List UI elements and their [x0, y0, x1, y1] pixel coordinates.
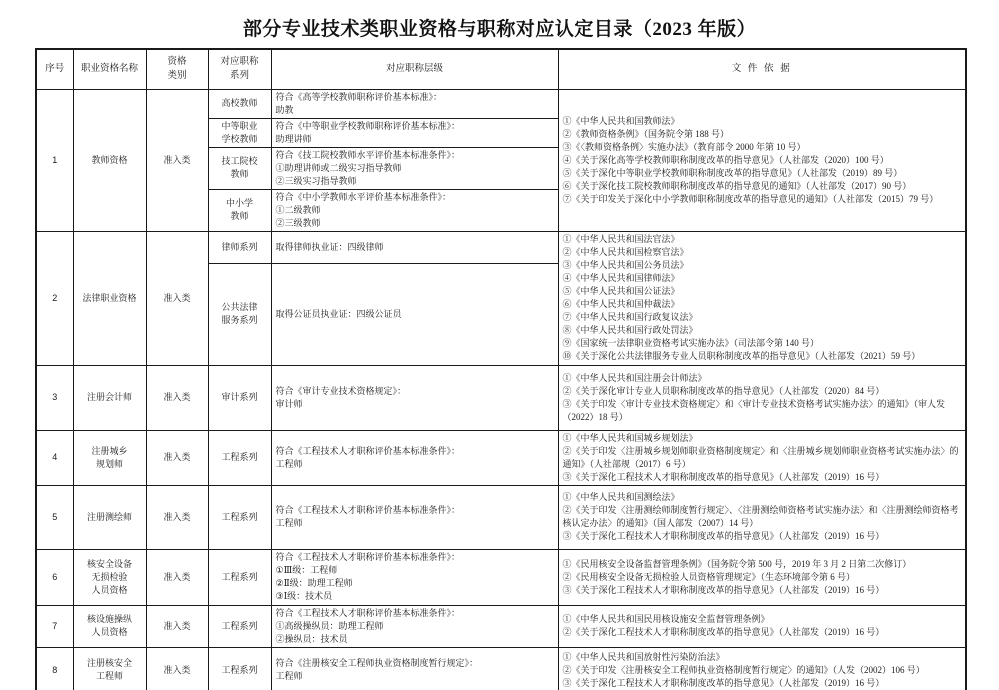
cell-title-levels: 符合《注册核安全工程师执业资格制度暂行规定》： 工程师	[271, 647, 558, 690]
col-header-name: 职业资格名称	[73, 49, 146, 89]
cell-seq: 7	[36, 605, 73, 647]
cell-title-levels: 取得律师执业证：四级律师	[271, 231, 558, 263]
col-header-levels: 对应职称层级	[271, 49, 558, 89]
cell-seq: 2	[36, 231, 73, 365]
cell-title-levels: 符合《工程技术人才职称评价基本标准条件》： ①高级操纵员：助理工程师 ②操纵员：…	[271, 605, 558, 647]
table-row: 6 核安全设备 无损检验 人员资格 准入类 工程系列 符合《工程技术人才职称评价…	[36, 549, 966, 605]
cell-title-series: 公共法律 服务系列	[208, 263, 271, 365]
page-title: 部分专业技术类职业资格与职称对应认定目录（2023 年版）	[0, 0, 999, 48]
cell-title-series: 高校教师	[208, 89, 271, 118]
cell-category: 准入类	[146, 430, 208, 485]
cell-category: 准入类	[146, 647, 208, 690]
document-page: 部分专业技术类职业资格与职称对应认定目录（2023 年版） 序号 职业资格名称 …	[0, 0, 999, 690]
cell-qualification-name: 注册城乡 规划师	[73, 430, 146, 485]
cell-qualification-name: 法律职业资格	[73, 231, 146, 365]
cell-title-levels: 取得公证员执业证：四级公证员	[271, 263, 558, 365]
cell-category: 准入类	[146, 549, 208, 605]
cell-category: 准入类	[146, 231, 208, 365]
cell-title-series: 工程系列	[208, 549, 271, 605]
header-row: 序号 职业资格名称 资格 类别 对应职称 系列 对应职称层级 文 件 依 据	[36, 49, 966, 89]
cell-documents: ①《中华人民共和国法官法》 ②《中华人民共和国检察官法》 ③《中华人民共和国公务…	[558, 231, 966, 365]
cell-category: 准入类	[146, 89, 208, 231]
col-header-category: 资格 类别	[146, 49, 208, 89]
cell-title-series: 技工院校 教师	[208, 147, 271, 189]
cell-title-levels: 符合《技工院校教师水平评价基本标准条件》： ①助理讲师或二级实习指导教师 ②三级…	[271, 147, 558, 189]
cell-documents: ①《民用核安全设备监督管理条例》（国务院令第 500 号，2019 年 3 月 …	[558, 549, 966, 605]
table-row: 7 核设施操纵 人员资格 准入类 工程系列 符合《工程技术人才职称评价基本标准条…	[36, 605, 966, 647]
cell-title-levels: 符合《中等职业学校教师职称评价基本标准》： 助理讲师	[271, 118, 558, 147]
cell-seq: 5	[36, 485, 73, 549]
col-header-series: 对应职称 系列	[208, 49, 271, 89]
cell-title-series: 审计系列	[208, 365, 271, 430]
cell-title-series: 中小学 教师	[208, 189, 271, 231]
cell-documents: ①《中华人民共和国民用核设施安全监督管理条例》 ②《关于深化工程技术人才职称制度…	[558, 605, 966, 647]
cell-title-levels: 符合《高等学校教师职称评价基本标准》： 助教	[271, 89, 558, 118]
cell-title-levels: 符合《审计专业技术资格规定》： 审计师	[271, 365, 558, 430]
cell-qualification-name: 注册会计师	[73, 365, 146, 430]
cell-documents: ①《中华人民共和国城乡规划法》 ②《关于印发〈注册城乡规划师职业资格制度规定〉和…	[558, 430, 966, 485]
cell-category: 准入类	[146, 485, 208, 549]
table-row: 3 注册会计师 准入类 审计系列 符合《审计专业技术资格规定》： 审计师 ①《中…	[36, 365, 966, 430]
table-row: 2 法律职业资格 准入类 律师系列 取得律师执业证：四级律师 ①《中华人民共和国…	[36, 231, 966, 263]
cell-category: 准入类	[146, 605, 208, 647]
cell-seq: 4	[36, 430, 73, 485]
cell-documents: ①《中华人民共和国放射性污染防治法》 ②《关于印发〈注册核安全工程师执业资格制度…	[558, 647, 966, 690]
cell-seq: 6	[36, 549, 73, 605]
cell-qualification-name: 注册测绘师	[73, 485, 146, 549]
table-row: 5 注册测绘师 准入类 工程系列 符合《工程技术人才职称评价基本标准条件》： 工…	[36, 485, 966, 549]
table-row: 8 注册核安全 工程师 准入类 工程系列 符合《注册核安全工程师执业资格制度暂行…	[36, 647, 966, 690]
cell-title-levels: 符合《工程技术人才职称评价基本标准条件》： 工程师	[271, 430, 558, 485]
cell-documents: ①《中华人民共和国教师法》 ②《教师资格条例》（国务院令第 188 号） ③《〈…	[558, 89, 966, 231]
cell-title-series: 工程系列	[208, 605, 271, 647]
cell-qualification-name: 核安全设备 无损检验 人员资格	[73, 549, 146, 605]
cell-title-levels: 符合《工程技术人才职称评价基本标准条件》： 工程师	[271, 485, 558, 549]
cell-title-levels: 符合《工程技术人才职称评价基本标准条件》： ①Ⅲ级：工程师 ②Ⅱ级：助理工程师 …	[271, 549, 558, 605]
cell-seq: 8	[36, 647, 73, 690]
table-row: 1 教师资格 准入类 高校教师 符合《高等学校教师职称评价基本标准》： 助教 ①…	[36, 89, 966, 118]
col-header-no: 序号	[36, 49, 73, 89]
cell-title-series: 工程系列	[208, 485, 271, 549]
cell-qualification-name: 注册核安全 工程师	[73, 647, 146, 690]
qualification-table: 序号 职业资格名称 资格 类别 对应职称 系列 对应职称层级 文 件 依 据 1…	[35, 48, 967, 690]
cell-title-series: 律师系列	[208, 231, 271, 263]
cell-documents: ①《中华人民共和国注册会计师法》 ②《关于深化审计专业人员职称制度改革的指导意见…	[558, 365, 966, 430]
cell-title-series: 中等职业 学校教师	[208, 118, 271, 147]
cell-qualification-name: 核设施操纵 人员资格	[73, 605, 146, 647]
cell-qualification-name: 教师资格	[73, 89, 146, 231]
cell-seq: 3	[36, 365, 73, 430]
cell-title-series: 工程系列	[208, 430, 271, 485]
cell-seq: 1	[36, 89, 73, 231]
cell-category: 准入类	[146, 365, 208, 430]
cell-title-levels: 符合《中小学教师水平评价基本标准条件》： ①二级教师 ②三级教师	[271, 189, 558, 231]
cell-documents: ①《中华人民共和国测绘法》 ②《关于印发〈注册测绘师制度暂行规定〉、〈注册测绘师…	[558, 485, 966, 549]
cell-title-series: 工程系列	[208, 647, 271, 690]
table-row: 4 注册城乡 规划师 准入类 工程系列 符合《工程技术人才职称评价基本标准条件》…	[36, 430, 966, 485]
col-header-documents: 文 件 依 据	[558, 49, 966, 89]
